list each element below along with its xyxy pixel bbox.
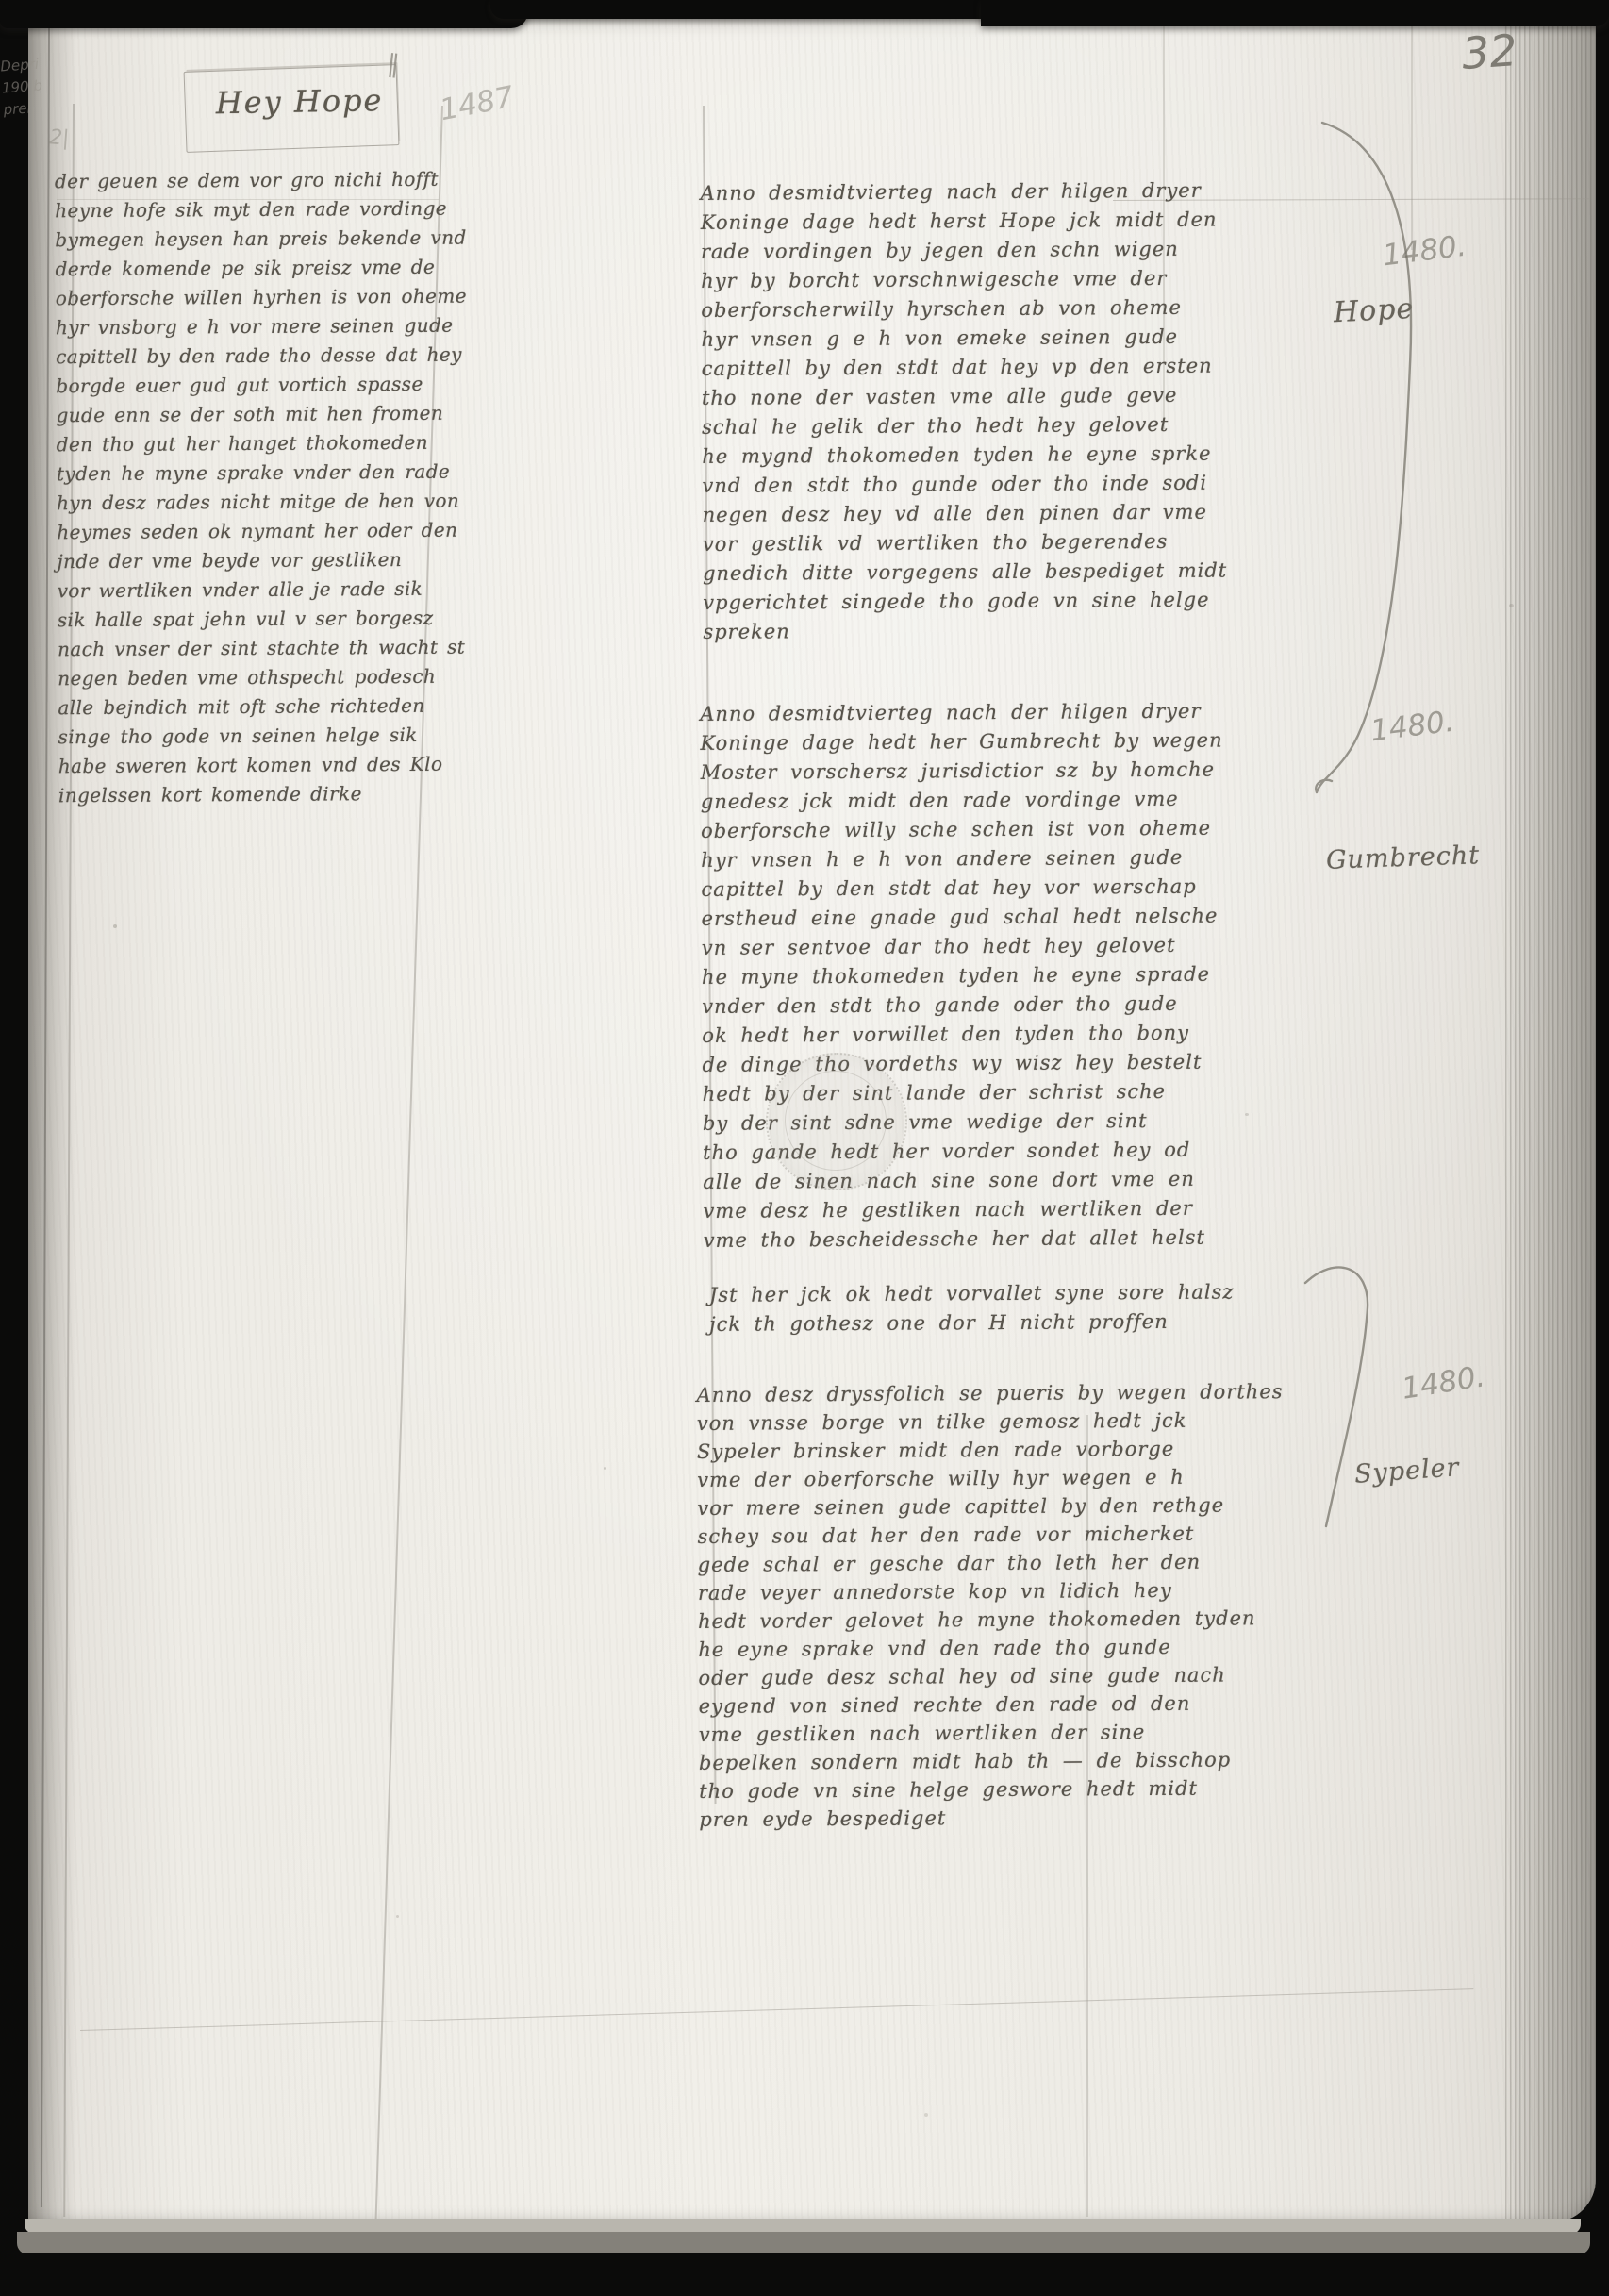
manuscript-line: erstheud eine gnade gud schal hedt nelsc…	[702, 901, 1294, 934]
manuscript-line: gnedesz jck midt den rade vordinge vme	[701, 784, 1293, 817]
corner-mark: 2|	[48, 125, 70, 150]
manuscript-line: vme desz he gestliken nach wertliken der	[703, 1193, 1295, 1226]
manuscript-line: spreken	[703, 614, 1295, 647]
manuscript-line: oder gude desz schal hey od sine gude na…	[698, 1660, 1296, 1692]
paper-speck	[1509, 604, 1514, 607]
manuscript-line: singe tho gode vn seinen helge sik	[58, 721, 438, 752]
manuscript-line: he mygnd thokomeden tyden he eyne sprke	[702, 439, 1294, 472]
manuscript-line: vor wertliken vnder alle je rade sik	[58, 574, 437, 606]
manuscript-line: der geuen se dem vor gro nichi hofft	[55, 165, 434, 196]
manuscript-line: Koninge dage hedt herst Hope jck midt de…	[701, 205, 1293, 238]
entry-1-text: Anno desmidtvierteg nach der hilgen drye…	[700, 175, 1295, 647]
manuscript-line: ok hedt her vorwillet den tyden tho bony	[702, 1018, 1294, 1051]
manuscript-line: pren eyde bespediget	[699, 1802, 1297, 1834]
manuscript-line: schal he gelik der tho hedt hey gelovet	[702, 409, 1294, 442]
margin-brace-entry-1	[1303, 111, 1445, 809]
manuscript-line: vnder den stdt tho gande oder tho gude	[702, 989, 1294, 1022]
photo-edge-left	[0, 0, 28, 2296]
manuscript-line: nach vnser der sint stachte th wacht st	[58, 633, 437, 664]
margin-name-2: Gumbrecht	[1326, 840, 1481, 875]
round-stamp	[766, 1053, 907, 1190]
manuscript-line: Jst her jck ok hedt vorvallet syne sore …	[709, 1277, 1294, 1310]
manuscript-line: hedt vorder gelovet he myne thokomeden t…	[698, 1604, 1296, 1636]
manuscript-line: bepelken sondern midt hab th — de bissch…	[699, 1745, 1297, 1777]
manuscript-line: von vnsse borge vn tilke gemosz hedt jck	[697, 1406, 1295, 1438]
paper-speck	[396, 1915, 399, 1918]
photo-edge-right	[1596, 0, 1609, 2296]
manuscript-line: hyr vnsen g e h von emeke seinen gude	[701, 322, 1293, 355]
paper-speck	[113, 924, 117, 928]
manuscript-line: borgde euer gud gut vortich spasse	[56, 370, 435, 401]
manuscript-line: hyr vnsen h e h von andere seinen gude	[701, 842, 1293, 875]
manuscript-line: vor gestlik vd wertliken tho begerendes	[703, 526, 1295, 559]
round-stamp-inner-ring	[785, 1071, 887, 1171]
manuscript-line: ingelssen kort komende dirke	[58, 779, 438, 810]
manuscript-line: alle bejndich mit oft sche richteden	[58, 691, 437, 723]
manuscript-line: hyn desz rades nicht mitge de hen von	[57, 487, 436, 518]
manuscript-line: jck th gothesz one dor H nicht proffen	[709, 1306, 1294, 1339]
page-bottom-edge-shadow	[17, 2232, 1590, 2254]
manuscript-line: capittel by den stdt dat hey vor werscha…	[701, 872, 1293, 905]
manuscript-line: oberforscherwilly hyrschen ab von oheme	[701, 292, 1293, 325]
manuscript-line: gede schal er gesche dar tho leth her de…	[698, 1547, 1296, 1579]
manuscript-line: gnedich ditte vorgegens alle bespediget …	[703, 556, 1295, 589]
entry-3-text: Anno desz dryssfolich se pueris by wegen…	[697, 1377, 1298, 1834]
manuscript-line: tho gode vn sine helge geswore hedt midt	[699, 1773, 1297, 1805]
manuscript-line: he myne thokomeden tyden he eyne sprade	[702, 959, 1294, 992]
manuscript-line: capittell by den stdt dat hey vp den ers…	[702, 351, 1294, 384]
margin-brace-entry-3	[1300, 1251, 1386, 1543]
manuscript-line: vme der oberforsche willy hyr wegen e h	[697, 1462, 1295, 1494]
manuscript-line: vme tho bescheidessche her dat allet hel…	[704, 1223, 1296, 1256]
book-fore-edge-pages	[1505, 13, 1596, 2222]
manuscript-line: negen desz hey vd alle den pinen dar vme	[703, 497, 1295, 530]
manuscript-line: jnde der vme beyde vor gestliken	[57, 545, 436, 576]
manuscript-line: heymes seden ok nymant her oder den	[57, 516, 436, 547]
manuscript-line: gude enn se der soth mit hen fromen	[56, 399, 435, 430]
manuscript-line: vpgerichtet singede tho gode vn sine hel…	[703, 585, 1295, 618]
manuscript-line: tyden he myne sprake vnder den rade	[57, 458, 436, 489]
manuscript-line: vme gestliken nach wertliken der sine	[699, 1717, 1297, 1749]
manuscript-line: vnd den stdt tho gunde oder tho inde sod…	[702, 468, 1294, 501]
paper-speck	[604, 1467, 606, 1470]
paper-speck	[1245, 1113, 1249, 1116]
manuscript-line: heyne hofe sik myt den rade vordinge	[55, 194, 434, 225]
paper-speck	[924, 2113, 928, 2117]
manuscript-line: derde komende pe sik preisz vme de	[55, 253, 434, 284]
manuscript-line: habe sweren kort komen vnd des Klo	[58, 750, 438, 781]
folio-number: 32	[1460, 25, 1518, 79]
manuscript-line: Anno desmidtvierteg nach der hilgen drye…	[700, 175, 1292, 208]
manuscript-line: Koninge dage hedt her Gumbrecht by wegen	[700, 725, 1292, 758]
manuscript-line: tho none der vasten vme alle gude geve	[702, 380, 1294, 413]
manuscript-line: vor mere seinen gude capittel by den ret…	[697, 1490, 1295, 1522]
manuscript-line: den tho gut her hanget thokomeden	[57, 428, 436, 459]
manuscript-line: vn ser sentvoe dar tho hedt hey gelovet	[702, 930, 1294, 963]
entry-2-closing-text: Jst her jck ok hedt vorvallet syne sore …	[709, 1277, 1294, 1339]
manuscript-line: Anno desz dryssfolich se pueris by wegen…	[697, 1377, 1295, 1409]
manuscript-line: hyr by borcht vorschnwigesche vme der	[701, 263, 1293, 296]
manuscript-line: rade vordingen by jegen den schn wigen	[701, 234, 1293, 267]
manuscript-line: schey sou dat her den rade vor micherket	[697, 1519, 1295, 1551]
manuscript-line: oberforsche willy sche schen ist von ohe…	[701, 813, 1293, 846]
manuscript-line: eygend von sined rechte den rade od den	[699, 1689, 1297, 1721]
left-column-text: der geuen se dem vor gro nichi hofftheyn…	[55, 165, 438, 810]
scanned-manuscript-photo: { "page": { "folio_number": "32", "corne…	[0, 0, 1609, 2296]
manuscript-line: negen beden vme othspecht podesch	[58, 662, 437, 693]
manuscript-line: capittell by den rade tho desse dat hey	[56, 341, 435, 372]
manuscript-line: Anno desmidtvierteg nach der hilgen drye…	[700, 696, 1292, 729]
manuscript-line: oberforsche willen hyrhen is von oheme	[56, 282, 435, 313]
manuscript-line: Moster vorschersz jurisdictior sz by hom…	[701, 755, 1293, 788]
manuscript-line: bymegen heysen han preis bekende vnd	[55, 224, 434, 255]
manuscript-line: he eyne sprake vnd den rade tho gunde	[698, 1632, 1296, 1664]
manuscript-line: sik halle spat jehn vul v ser borgesz	[58, 604, 437, 635]
photo-edge-bottom	[0, 2253, 1609, 2296]
manuscript-line: Sypeler brinsker midt den rade vorborge	[697, 1434, 1295, 1466]
manuscript-line: hyr vnsborg e h vor mere seinen gude	[56, 311, 435, 342]
manuscript-line: rade veyer annedorste kop vn lidich hey	[698, 1575, 1296, 1607]
